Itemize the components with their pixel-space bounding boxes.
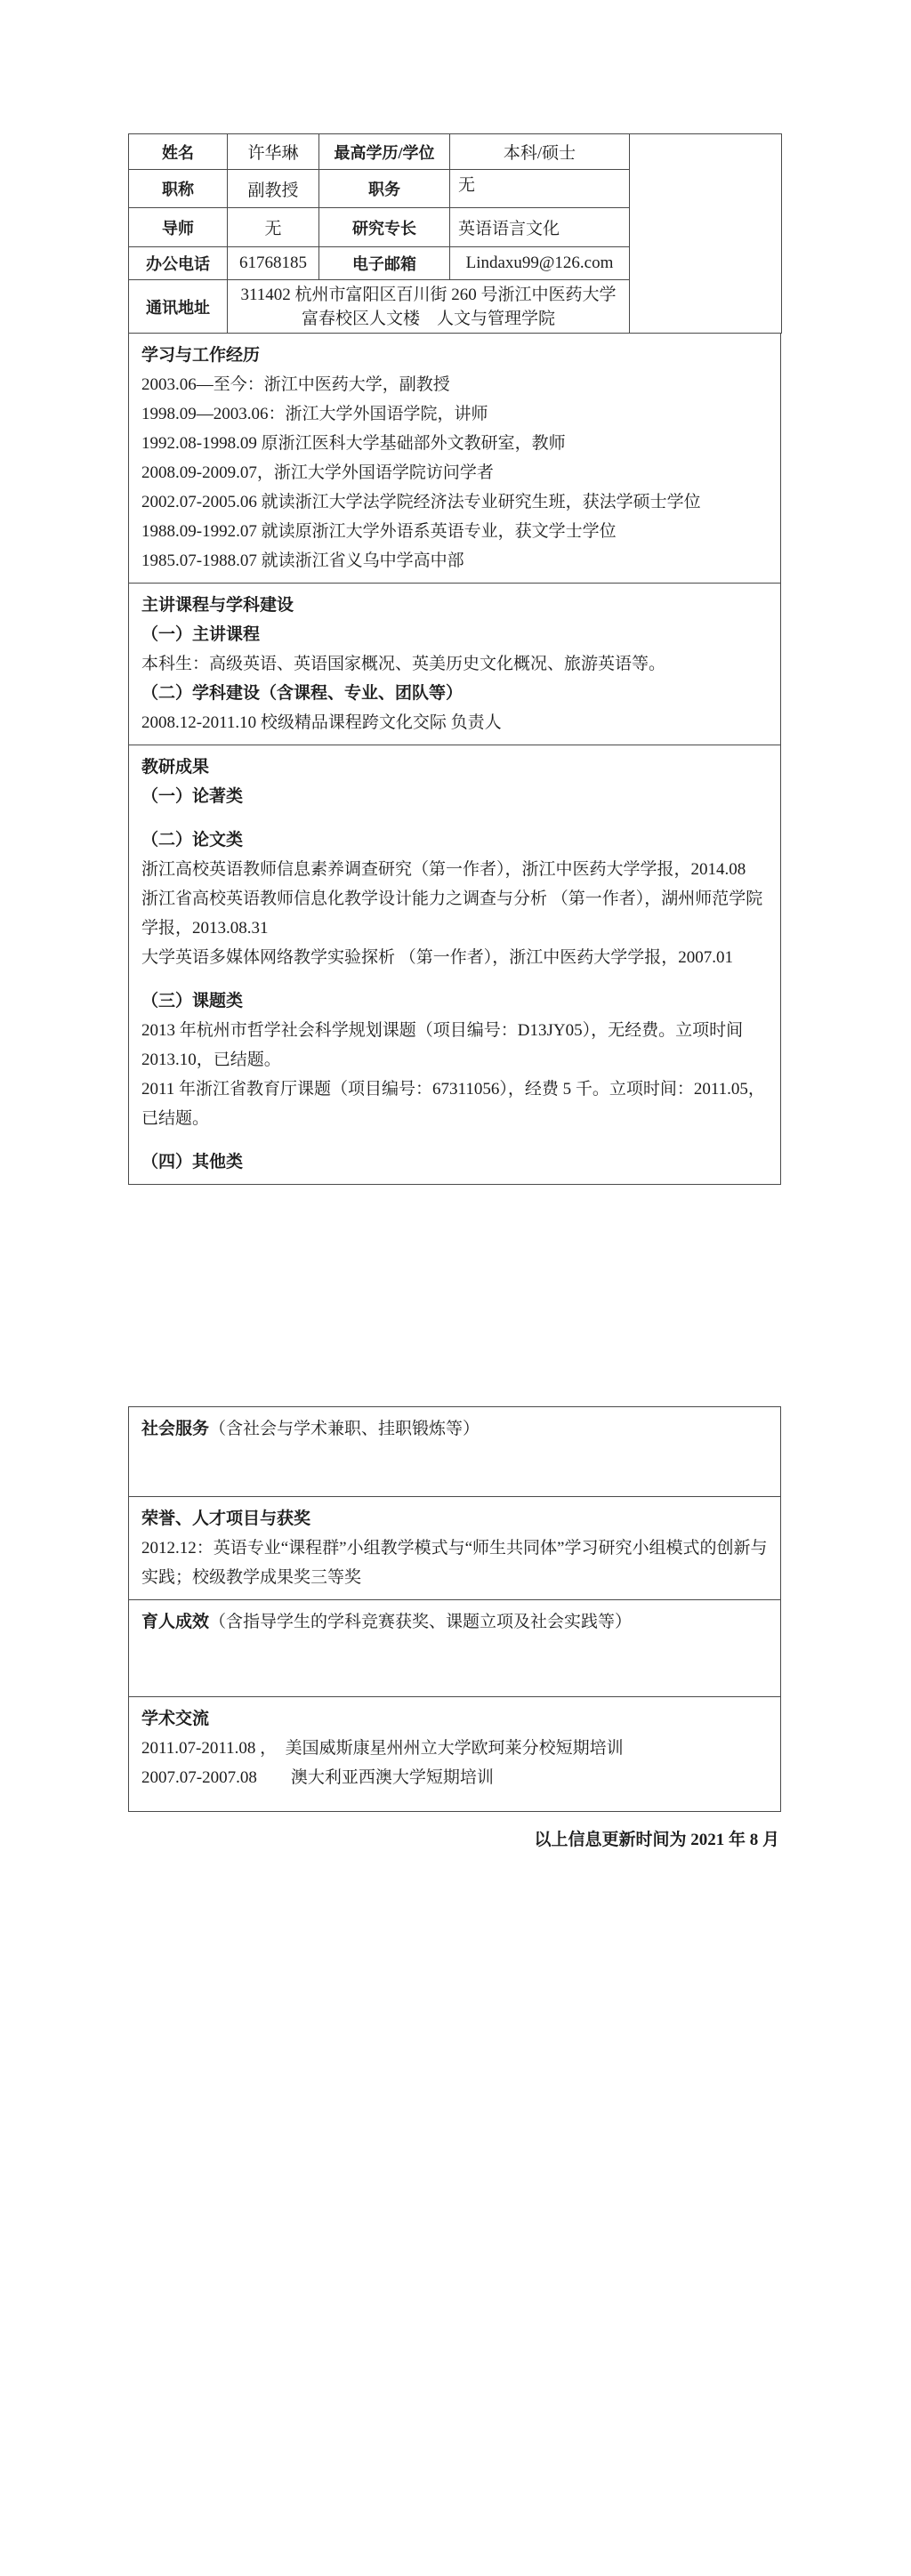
section-line: 2012.12：英语专业“课程群”小组教学模式与“师生共同体”学习研究小组模式的… [141, 1534, 768, 1592]
field-value-name: 许华琳 [228, 134, 319, 170]
field-label-supervisor: 导师 [129, 208, 228, 247]
section-title-text: 教研成果 [141, 758, 209, 777]
section-line: 2003.06—至今：浙江中医药大学，副教授 [141, 370, 768, 399]
section-academic-exchange: 学术交流 2011.07-2011.08 ， 美国威斯康星州州立大学欧珂莱分校短… [128, 1696, 781, 1812]
section-title: 育人成效（含指导学生的学科竞赛获奖、课题立项及社会实践等） [141, 1607, 768, 1637]
field-value-mailing-address: 311402 杭州市富阳区百川街 260 号浙江中医药大学富春校区人文楼 人文与… [228, 280, 630, 334]
section-line: （三）课题类 [141, 986, 768, 1016]
sections-bottom-group: 社会服务（含社会与学术兼职、挂职锻炼等） 荣誉、人才项目与获奖 2012.12：… [128, 1406, 781, 1812]
field-value-email: Lindaxu99@126.com [450, 247, 630, 280]
section-line: （二）学科建设（含课程、专业、团队等） [141, 679, 768, 708]
footer-note: 以上信息更新时间为 2021 年 8 月 [128, 1826, 781, 1850]
section-title: 社会服务（含社会与学术兼职、挂职锻炼等） [141, 1414, 768, 1444]
field-value-position: 无 [450, 170, 630, 208]
section-line: 浙江高校英语教师信息素养调查研究（第一作者），浙江中医药大学学报，2014.08 [141, 855, 768, 884]
section-title: 荣誉、人才项目与获奖 [141, 1504, 768, 1534]
section-body: 2011.07-2011.08 ， 美国威斯康星州州立大学欧珂莱分校短期培训20… [141, 1734, 768, 1792]
section-title-text: 荣誉、人才项目与获奖 [141, 1509, 310, 1528]
section-teaching-research-achievements: 教研成果 （一）论著类（二）论文类浙江高校英语教师信息素养调查研究（第一作者），… [128, 745, 781, 1185]
section-title: 教研成果 [141, 753, 768, 782]
field-label-office-phone: 办公电话 [129, 247, 228, 280]
field-label-name: 姓名 [129, 134, 228, 170]
section-title: 主讲课程与学科建设 [141, 591, 768, 620]
photo-placeholder [630, 134, 782, 334]
section-line [141, 1133, 768, 1147]
section-study-work-history: 学习与工作经历 2003.06—至今：浙江中医药大学，副教授1998.09—20… [128, 333, 781, 584]
section-title-suffix: （含指导学生的学科竞赛获奖、课题立项及社会实践等） [209, 1613, 632, 1631]
section-body: （一）主讲课程本科生：高级英语、英语国家概况、英美历史文化概况、旅游英语等。（二… [141, 620, 768, 737]
section-line: 1998.09—2003.06：浙江大学外国语学院，讲师 [141, 399, 768, 429]
section-title: 学习与工作经历 [141, 341, 768, 370]
section-social-service: 社会服务（含社会与学术兼职、挂职锻炼等） [128, 1406, 781, 1497]
field-value-research-specialty: 英语语言文化 [450, 208, 630, 247]
section-body: 2012.12：英语专业“课程群”小组教学模式与“师生共同体”学习研究小组模式的… [141, 1534, 768, 1592]
sections-top-group: 学习与工作经历 2003.06—至今：浙江中医药大学，副教授1998.09—20… [128, 333, 781, 1185]
field-value-supervisor: 无 [228, 208, 319, 247]
section-title: 学术交流 [141, 1704, 768, 1734]
section-line: （四）其他类 [141, 1147, 768, 1177]
section-line: 2007.07-2007.08 澳大利亚西澳大学短期培训 [141, 1763, 768, 1792]
section-line: 1985.07-1988.07 就读浙江省义乌中学高中部 [141, 546, 768, 576]
section-line: 本科生：高级英语、英语国家概况、英美历史文化概况、旅游英语等。 [141, 649, 768, 679]
section-line: （一）主讲课程 [141, 620, 768, 649]
section-line: 1992.08-1998.09 原浙江医科大学基础部外文教研室，教师 [141, 429, 768, 458]
document-content: 姓名 许华琳 最高学历/学位 本科/硕士 职称 副教授 职务 无 导师 无 研究… [128, 133, 781, 1850]
section-student-development: 育人成效（含指导学生的学科竞赛获奖、课题立项及社会实践等） [128, 1599, 781, 1697]
section-body: （一）论著类（二）论文类浙江高校英语教师信息素养调查研究（第一作者），浙江中医药… [141, 782, 768, 1177]
section-line: （一）论著类 [141, 782, 768, 811]
section-line: 1988.09-1992.07 就读原浙江大学外语系英语专业，获文学士学位 [141, 517, 768, 546]
field-value-office-phone: 61768185 [228, 247, 319, 280]
section-line [141, 972, 768, 986]
field-label-research-specialty: 研究专长 [319, 208, 450, 247]
section-title-text: 主讲课程与学科建设 [141, 596, 294, 615]
section-line: 2011.07-2011.08 ， 美国威斯康星州州立大学欧珂莱分校短期培训 [141, 1734, 768, 1763]
section-title-suffix: （含社会与学术兼职、挂职锻炼等） [209, 1420, 480, 1438]
page-break-gap [128, 1185, 781, 1407]
field-value-professional-title: 副教授 [228, 170, 319, 208]
section-title-text: 学术交流 [141, 1710, 209, 1728]
field-value-highest-degree: 本科/硕士 [450, 134, 630, 170]
section-line: 2002.07-2005.06 就读浙江大学法学院经济法专业研究生班，获法学硕士… [141, 487, 768, 517]
section-line: 浙江省高校英语教师信息化教学设计能力之调查与分析 （第一作者），湖州师范学院学报… [141, 884, 768, 943]
section-body: 2003.06—至今：浙江中医药大学，副教授1998.09—2003.06：浙江… [141, 370, 768, 576]
section-line: 大学英语多媒体网络教学实验探析 （第一作者），浙江中医药大学学报，2007.01 [141, 943, 768, 972]
field-label-professional-title: 职称 [129, 170, 228, 208]
section-title-text: 学习与工作经历 [141, 346, 260, 365]
section-line: （二）论文类 [141, 825, 768, 855]
section-honors-awards: 荣誉、人才项目与获奖 2012.12：英语专业“课程群”小组教学模式与“师生共同… [128, 1496, 781, 1600]
table-row: 姓名 许华琳 最高学历/学位 本科/硕士 [129, 134, 782, 170]
field-label-mailing-address: 通讯地址 [129, 280, 228, 334]
field-label-email: 电子邮箱 [319, 247, 450, 280]
section-line: 2008.09-2009.07，浙江大学外国语学院访问学者 [141, 458, 768, 487]
section-line: 2008.12-2011.10 校级精品课程跨文化交际 负责人 [141, 708, 768, 737]
field-label-position: 职务 [319, 170, 450, 208]
section-courses-discipline: 主讲课程与学科建设 （一）主讲课程本科生：高级英语、英语国家概况、英美历史文化概… [128, 583, 781, 745]
section-line: 2011 年浙江省教育厅课题（项目编号：67311056），经费 5 千。立项时… [141, 1075, 768, 1133]
field-label-highest-degree: 最高学历/学位 [319, 134, 450, 170]
profile-table: 姓名 许华琳 最高学历/学位 本科/硕士 职称 副教授 职务 无 导师 无 研究… [128, 133, 782, 334]
section-title-text: 社会服务 [141, 1420, 209, 1438]
section-title-text: 育人成效 [141, 1613, 209, 1631]
section-line [141, 811, 768, 825]
section-line: 2013 年杭州市哲学社会科学规划课题（项目编号：D13JY05），无经费。立项… [141, 1016, 768, 1075]
